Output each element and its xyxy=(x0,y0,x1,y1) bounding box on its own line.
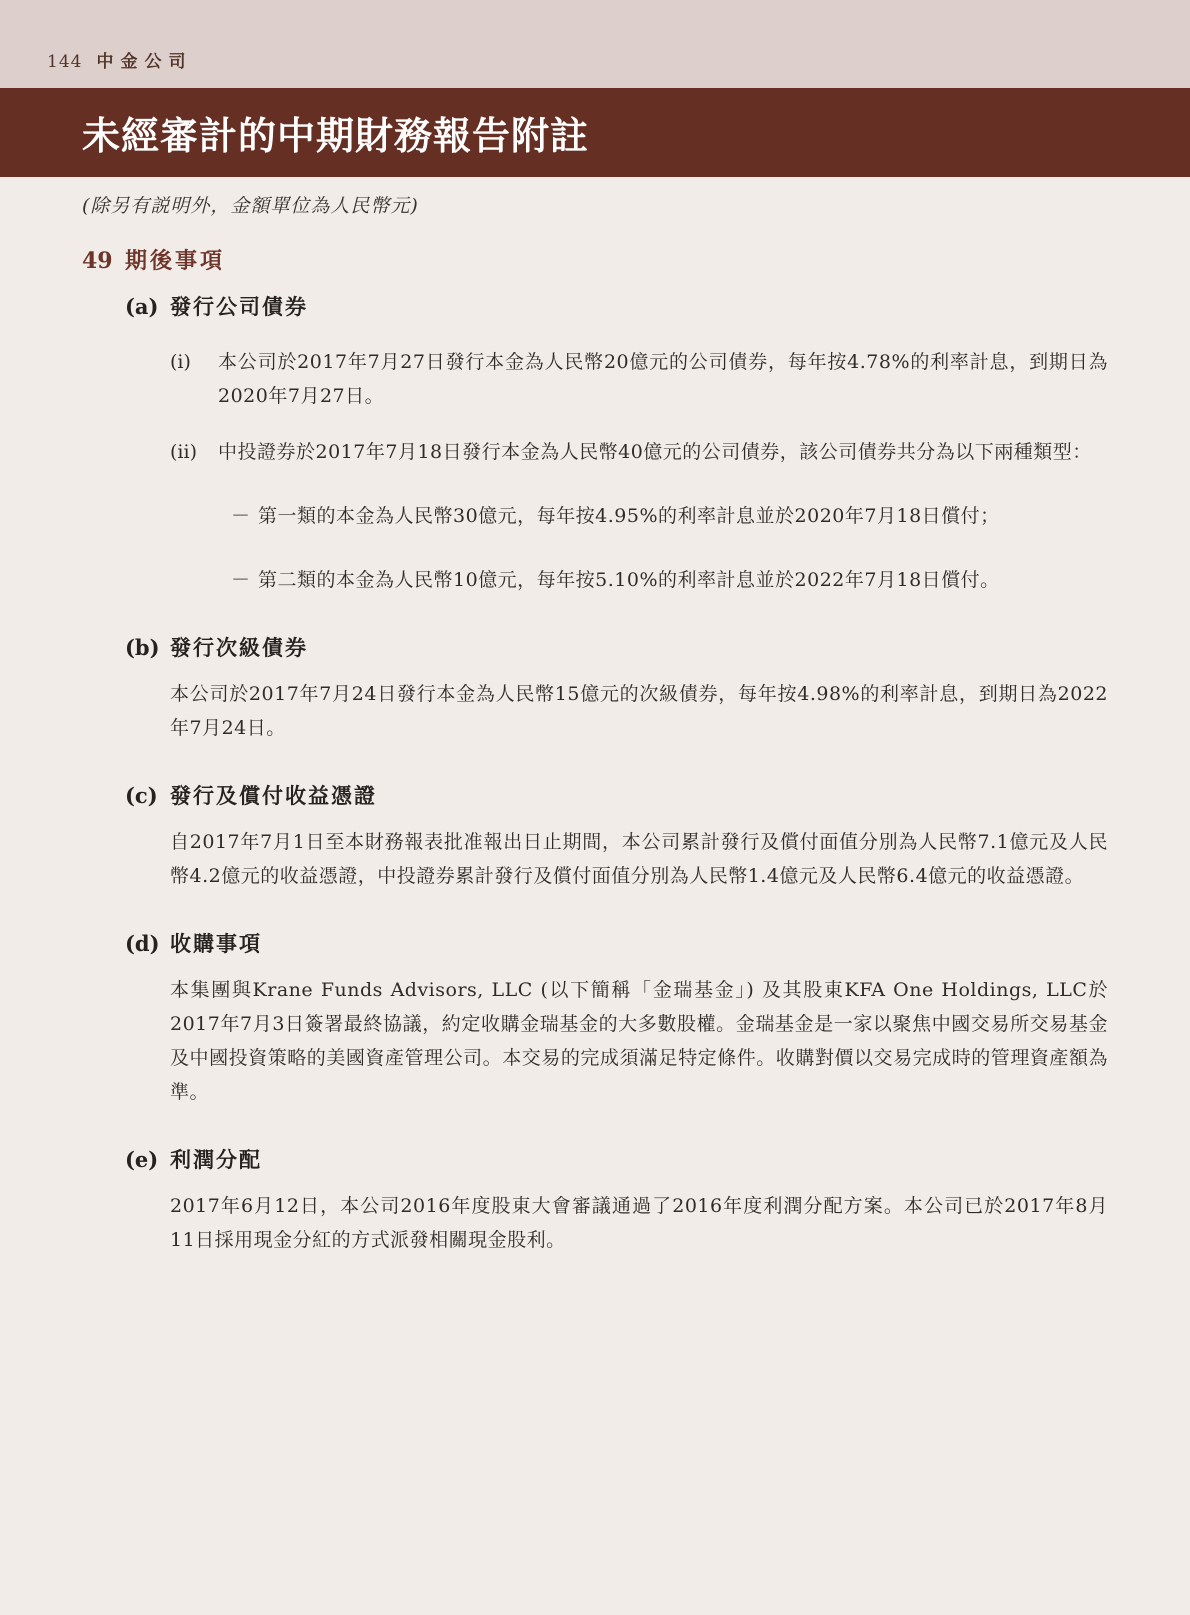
numbered-item-ii-label: (ii) xyxy=(170,435,218,469)
numbered-item-i-label: (i) xyxy=(170,345,218,413)
subsection-d-title: 收購事項 xyxy=(170,929,262,958)
subsection-e-label: (e) xyxy=(125,1145,170,1174)
subsection-e-heading: (e) 利潤分配 xyxy=(125,1145,1190,1174)
subsection-b-heading: (b) 發行次級債券 xyxy=(125,633,1190,662)
page-number: 144 xyxy=(47,52,82,72)
section-title: 期後事項 xyxy=(125,246,225,276)
company-name: 中金公司 xyxy=(96,47,192,72)
subsection-d-label: (d) xyxy=(125,929,170,958)
subsection-d-heading: (d) 收購事項 xyxy=(125,929,1190,958)
title-banner: 未經審計的中期財務報告附註 xyxy=(0,88,1190,177)
running-header: 144 中金公司 xyxy=(47,47,192,72)
subsection-a-title: 發行公司債券 xyxy=(170,292,308,321)
numbered-item-ii: (ii) 中投證券於2017年7月18日發行本金為人民幣40億元的公司債券，該公… xyxy=(170,435,1190,469)
page-header-band: 144 中金公司 xyxy=(0,0,1190,88)
subsection-c-label: (c) xyxy=(125,781,170,810)
numbered-item-i: (i) 本公司於2017年7月27日發行本金為人民幣20億元的公司債券，每年按4… xyxy=(170,345,1190,413)
subsection-e-title: 利潤分配 xyxy=(170,1145,262,1174)
bullet-item-1: － 第一類的本金為人民幣30億元，每年按4.95%的利率計息並於2020年7月1… xyxy=(231,499,1190,533)
numbered-item-i-text: 本公司於2017年7月27日發行本金為人民幣20億元的公司債券，每年按4.78%… xyxy=(218,345,1108,413)
subsection-a-heading: (a) 發行公司債券 xyxy=(125,292,1190,321)
numbered-item-ii-text: 中投證券於2017年7月18日發行本金為人民幣40億元的公司債券，該公司債券共分… xyxy=(218,435,1108,469)
currency-unit-note: (除另有説明外，金額單位為人民幣元) xyxy=(82,191,1190,218)
subsection-b-label: (b) xyxy=(125,633,170,662)
subsection-e-paragraph: 2017年6月12日，本公司2016年度股東大會審議通過了2016年度利潤分配方… xyxy=(170,1189,1108,1257)
section-heading: 49 期後事項 xyxy=(82,246,1190,276)
subsection-a-label: (a) xyxy=(125,292,170,321)
subsection-b-paragraph: 本公司於2017年7月24日發行本金為人民幣15億元的次級債券，每年按4.98%… xyxy=(170,677,1108,745)
bullet-item-2: － 第二類的本金為人民幣10億元，每年按5.10%的利率計息並於2022年7月1… xyxy=(231,563,1190,597)
bullet-item-1-text: 第一類的本金為人民幣30億元，每年按4.95%的利率計息並於2020年7月18日… xyxy=(258,499,1000,533)
subsection-c-heading: (c) 發行及償付收益憑證 xyxy=(125,781,1190,810)
dash-bullet-marker: － xyxy=(231,499,258,533)
page-title: 未經審計的中期財務報告附註 xyxy=(82,105,589,160)
subsection-b-title: 發行次級債券 xyxy=(170,633,308,662)
bullet-item-2-text: 第二類的本金為人民幣10億元，每年按5.10%的利率計息並於2022年7月18日… xyxy=(258,563,1000,597)
subsection-c-paragraph: 自2017年7月1日至本財務報表批准報出日止期間，本公司累計發行及償付面值分別為… xyxy=(170,825,1108,893)
subsection-c-title: 發行及償付收益憑證 xyxy=(170,781,377,810)
subsection-d-paragraph: 本集團與Krane Funds Advisors, LLC (以下簡稱「金瑞基金… xyxy=(170,973,1108,1109)
dash-bullet-marker: － xyxy=(231,563,258,597)
document-page: 144 中金公司 未經審計的中期財務報告附註 (除另有説明外，金額單位為人民幣元… xyxy=(0,0,1190,1615)
section-number: 49 xyxy=(82,246,125,276)
